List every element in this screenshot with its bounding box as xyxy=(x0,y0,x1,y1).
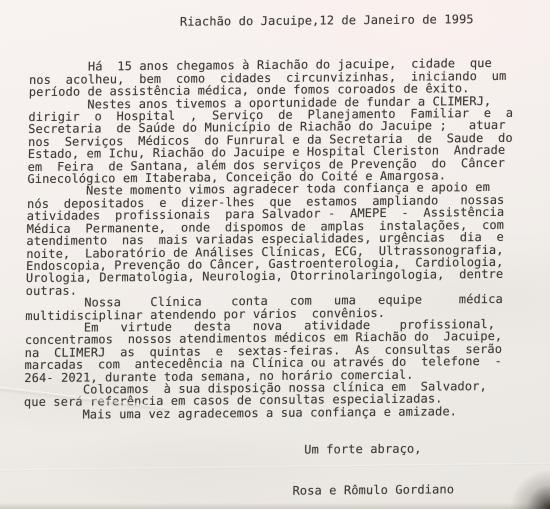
paper-edge-shadow xyxy=(0,503,550,509)
closing-line: Um forte abraço, xyxy=(304,442,528,456)
letter-paragraph: Mais uma vez agradecemos a sua confiança… xyxy=(24,404,529,421)
letter-photo: Riachão do Jacuipe,12 de Janeiro de 1995… xyxy=(0,0,550,509)
letter-paragraph: Em virtude desta nova atividade profissi… xyxy=(24,318,530,384)
dateline: Riachão do Jacuipe,12 de Janeiro de 1995 xyxy=(180,13,535,29)
letter-body: Riachão do Jacuipe,12 de Janeiro de 1995… xyxy=(22,13,535,499)
letter-paragraph: Nestes anos tivemos a oportunidade de fu… xyxy=(27,94,533,185)
letter-paragraph: Neste momento vimos agradecer toda confi… xyxy=(26,181,533,297)
letter-paragraph: Há 15 anos chegamos à Riachão do jacuipe… xyxy=(29,57,535,99)
signature-line: Rosa e Rômulo Gordiano xyxy=(292,482,527,496)
